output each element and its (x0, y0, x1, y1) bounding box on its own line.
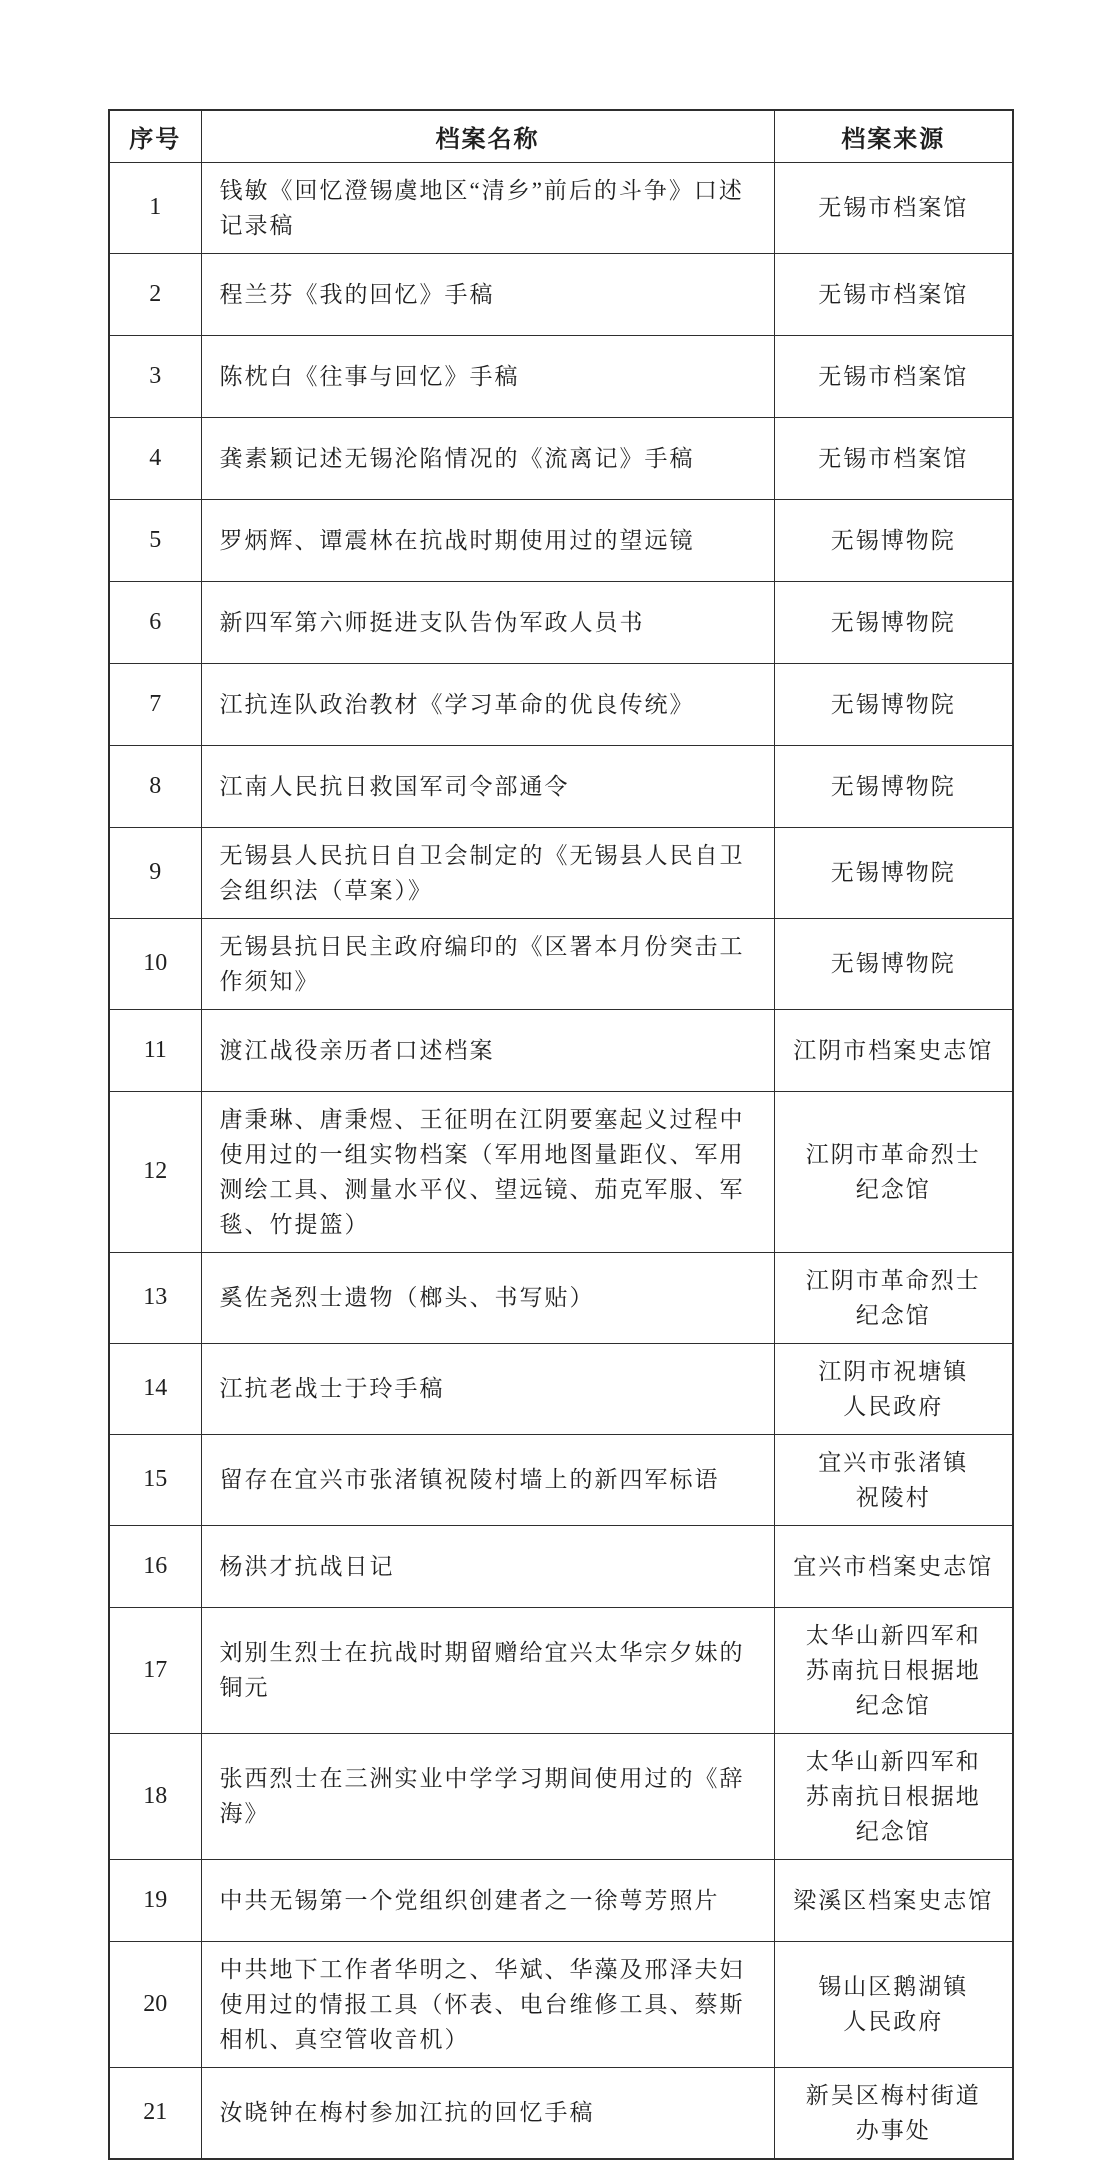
row-number-cell: 17 (109, 1607, 201, 1733)
archive-list-page: 序号 档案名称 档案来源 1钱敏《回忆澄锡虞地区“清乡”前后的斗争》口述记录稿无… (108, 109, 1012, 2160)
row-number-cell: 19 (109, 1859, 201, 1941)
archive-name-cell: 留存在宜兴市张渚镇祝陵村墙上的新四军标语 (201, 1434, 774, 1525)
archive-source-cell: 无锡博物院 (774, 581, 1013, 663)
table-row: 8江南人民抗日救国军司令部通令无锡博物院 (109, 745, 1013, 827)
archive-source-cell: 无锡博物院 (774, 827, 1013, 918)
archive-name-cell: 渡江战役亲历者口述档案 (201, 1009, 774, 1091)
archive-name-cell: 钱敏《回忆澄锡虞地区“清乡”前后的斗争》口述记录稿 (201, 162, 774, 253)
row-number-cell: 7 (109, 663, 201, 745)
archive-name-cell: 江抗老战士于玲手稿 (201, 1343, 774, 1434)
archive-name-cell: 江南人民抗日救国军司令部通令 (201, 745, 774, 827)
table-row: 20中共地下工作者华明之、华斌、华藻及邢泽夫妇使用过的情报工具（怀表、电台维修工… (109, 1941, 1013, 2067)
archive-name-cell: 奚佐尧烈士遗物（榔头、书写贴） (201, 1252, 774, 1343)
archive-source-cell: 江阴市革命烈士 纪念馆 (774, 1252, 1013, 1343)
row-number-cell: 10 (109, 918, 201, 1009)
archive-name-cell: 无锡县人民抗日自卫会制定的《无锡县人民自卫会组织法（草案）》 (201, 827, 774, 918)
row-number-cell: 4 (109, 417, 201, 499)
archive-name-cell: 新四军第六师挺进支队告伪军政人员书 (201, 581, 774, 663)
header-archive-name: 档案名称 (201, 110, 774, 162)
archive-name-cell: 无锡县抗日民主政府编印的《区署本月份突击工作须知》 (201, 918, 774, 1009)
archive-source-cell: 江阴市祝塘镇 人民政府 (774, 1343, 1013, 1434)
archive-source-cell: 无锡市档案馆 (774, 335, 1013, 417)
row-number-cell: 16 (109, 1525, 201, 1607)
archive-name-cell: 刘别生烈士在抗战时期留赠给宜兴太华宗夕妹的铜元 (201, 1607, 774, 1733)
table-row: 19中共无锡第一个党组织创建者之一徐萼芳照片梁溪区档案史志馆 (109, 1859, 1013, 1941)
archive-source-cell: 无锡博物院 (774, 663, 1013, 745)
archive-source-cell: 无锡博物院 (774, 499, 1013, 581)
table-row: 10无锡县抗日民主政府编印的《区署本月份突击工作须知》无锡博物院 (109, 918, 1013, 1009)
header-serial-number: 序号 (109, 110, 201, 162)
archive-source-cell: 江阴市档案史志馆 (774, 1009, 1013, 1091)
archive-name-cell: 中共无锡第一个党组织创建者之一徐萼芳照片 (201, 1859, 774, 1941)
archive-source-cell: 宜兴市张渚镇 祝陵村 (774, 1434, 1013, 1525)
archive-source-cell: 太华山新四军和 苏南抗日根据地 纪念馆 (774, 1607, 1013, 1733)
table-row: 6新四军第六师挺进支队告伪军政人员书无锡博物院 (109, 581, 1013, 663)
row-number-cell: 12 (109, 1091, 201, 1252)
archive-name-cell: 陈枕白《往事与回忆》手稿 (201, 335, 774, 417)
header-row: 序号 档案名称 档案来源 (109, 110, 1013, 162)
archive-source-cell: 无锡博物院 (774, 918, 1013, 1009)
table-row: 2程兰芬《我的回忆》手稿无锡市档案馆 (109, 253, 1013, 335)
table-row: 16杨洪才抗战日记宜兴市档案史志馆 (109, 1525, 1013, 1607)
archive-source-cell: 无锡博物院 (774, 745, 1013, 827)
table-row: 15留存在宜兴市张渚镇祝陵村墙上的新四军标语宜兴市张渚镇 祝陵村 (109, 1434, 1013, 1525)
row-number-cell: 15 (109, 1434, 201, 1525)
archive-name-cell: 唐秉琳、唐秉煜、王征明在江阴要塞起义过程中使用过的一组实物档案（军用地图量距仪、… (201, 1091, 774, 1252)
archive-name-cell: 张西烈士在三洲实业中学学习期间使用过的《辞海》 (201, 1733, 774, 1859)
archive-source-cell: 无锡市档案馆 (774, 417, 1013, 499)
archive-name-cell: 龚素颖记述无锡沦陷情况的《流离记》手稿 (201, 417, 774, 499)
archive-source-cell: 宜兴市档案史志馆 (774, 1525, 1013, 1607)
row-number-cell: 11 (109, 1009, 201, 1091)
table-row: 12唐秉琳、唐秉煜、王征明在江阴要塞起义过程中使用过的一组实物档案（军用地图量距… (109, 1091, 1013, 1252)
row-number-cell: 8 (109, 745, 201, 827)
table-row: 21汝晓钟在梅村参加江抗的回忆手稿新吴区梅村街道 办事处 (109, 2067, 1013, 2159)
row-number-cell: 14 (109, 1343, 201, 1434)
row-number-cell: 18 (109, 1733, 201, 1859)
archive-source-cell: 江阴市革命烈士 纪念馆 (774, 1091, 1013, 1252)
table-body: 1钱敏《回忆澄锡虞地区“清乡”前后的斗争》口述记录稿无锡市档案馆2程兰芬《我的回… (109, 162, 1013, 2159)
archive-name-cell: 程兰芬《我的回忆》手稿 (201, 253, 774, 335)
archive-source-cell: 锡山区鹅湖镇 人民政府 (774, 1941, 1013, 2067)
archive-table: 序号 档案名称 档案来源 1钱敏《回忆澄锡虞地区“清乡”前后的斗争》口述记录稿无… (108, 109, 1014, 2160)
archive-source-cell: 梁溪区档案史志馆 (774, 1859, 1013, 1941)
table-row: 11渡江战役亲历者口述档案江阴市档案史志馆 (109, 1009, 1013, 1091)
archive-source-cell: 太华山新四军和 苏南抗日根据地 纪念馆 (774, 1733, 1013, 1859)
row-number-cell: 9 (109, 827, 201, 918)
archive-name-cell: 汝晓钟在梅村参加江抗的回忆手稿 (201, 2067, 774, 2159)
archive-name-cell: 中共地下工作者华明之、华斌、华藻及邢泽夫妇使用过的情报工具（怀表、电台维修工具、… (201, 1941, 774, 2067)
archive-source-cell: 新吴区梅村街道 办事处 (774, 2067, 1013, 2159)
table-row: 4龚素颖记述无锡沦陷情况的《流离记》手稿无锡市档案馆 (109, 417, 1013, 499)
archive-name-cell: 罗炳辉、谭震林在抗战时期使用过的望远镜 (201, 499, 774, 581)
table-row: 7江抗连队政治教材《学习革命的优良传统》无锡博物院 (109, 663, 1013, 745)
table-row: 1钱敏《回忆澄锡虞地区“清乡”前后的斗争》口述记录稿无锡市档案馆 (109, 162, 1013, 253)
table-row: 9无锡县人民抗日自卫会制定的《无锡县人民自卫会组织法（草案）》无锡博物院 (109, 827, 1013, 918)
header-archive-source: 档案来源 (774, 110, 1013, 162)
row-number-cell: 1 (109, 162, 201, 253)
row-number-cell: 20 (109, 1941, 201, 2067)
archive-source-cell: 无锡市档案馆 (774, 162, 1013, 253)
archive-name-cell: 杨洪才抗战日记 (201, 1525, 774, 1607)
row-number-cell: 21 (109, 2067, 201, 2159)
table-row: 13奚佐尧烈士遗物（榔头、书写贴）江阴市革命烈士 纪念馆 (109, 1252, 1013, 1343)
row-number-cell: 2 (109, 253, 201, 335)
table-row: 14江抗老战士于玲手稿江阴市祝塘镇 人民政府 (109, 1343, 1013, 1434)
table-row: 3陈枕白《往事与回忆》手稿无锡市档案馆 (109, 335, 1013, 417)
row-number-cell: 13 (109, 1252, 201, 1343)
archive-source-cell: 无锡市档案馆 (774, 253, 1013, 335)
row-number-cell: 3 (109, 335, 201, 417)
table-row: 18张西烈士在三洲实业中学学习期间使用过的《辞海》太华山新四军和 苏南抗日根据地… (109, 1733, 1013, 1859)
table-row: 5罗炳辉、谭震林在抗战时期使用过的望远镜无锡博物院 (109, 499, 1013, 581)
archive-name-cell: 江抗连队政治教材《学习革命的优良传统》 (201, 663, 774, 745)
row-number-cell: 6 (109, 581, 201, 663)
table-row: 17刘别生烈士在抗战时期留赠给宜兴太华宗夕妹的铜元太华山新四军和 苏南抗日根据地… (109, 1607, 1013, 1733)
row-number-cell: 5 (109, 499, 201, 581)
